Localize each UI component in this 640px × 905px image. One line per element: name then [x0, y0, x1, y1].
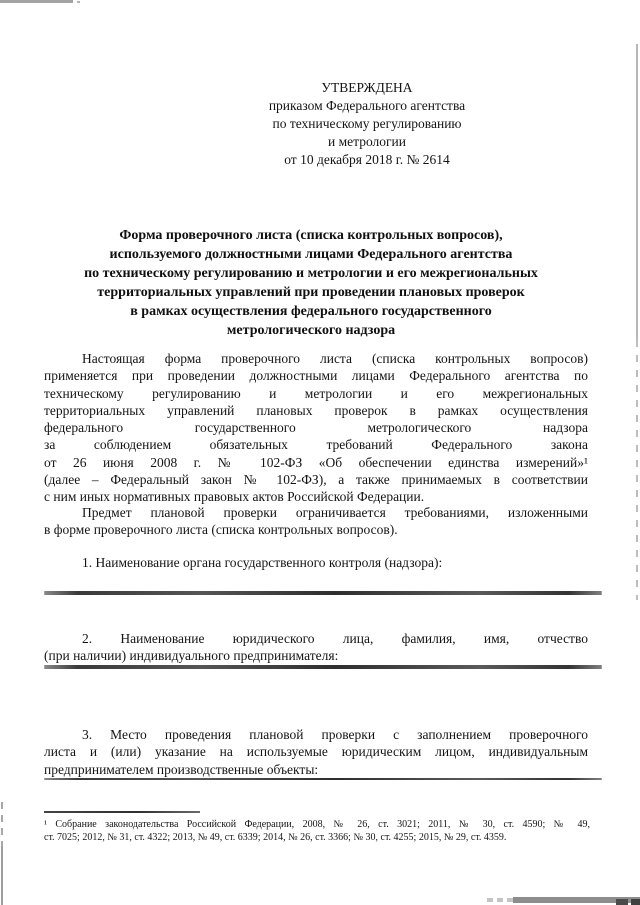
- intro-paragraph: Настоящая форма проверочного листа (спис…: [44, 350, 588, 506]
- scan-artifact-top-dot: [77, 1, 80, 3]
- section-label-line: 2. Наименование юридического лица, фамил…: [44, 630, 588, 647]
- fill-line: [44, 593, 602, 595]
- fill-line: [44, 667, 602, 669]
- scan-artifact-right-edge-dashes: [636, 340, 638, 600]
- section-3-inspection-place: 3. Место проведения плановой проверки с …: [44, 726, 588, 780]
- approval-line: от 10 декабря 2018 г. № 2614: [261, 151, 473, 169]
- section-2-legal-entity-name: 2. Наименование юридического лица, фамил…: [44, 630, 588, 669]
- paragraph-line: от 26 июня 2008 г. № 102-ФЗ «Об обеспече…: [44, 454, 588, 471]
- section-1-control-body-name: 1. Наименование органа государственного …: [44, 554, 588, 595]
- approval-stamp-block: УТВЕРЖДЕНА приказом Федерального агентст…: [261, 79, 473, 169]
- paragraph-line: Предмет плановой проверки ограничивается…: [44, 504, 588, 521]
- subject-paragraph: Предмет плановой проверки ограничивается…: [44, 504, 588, 539]
- paragraph-line: в форме проверочного листа (списка контр…: [44, 521, 588, 538]
- title-line: Форма проверочного листа (списка контрол…: [44, 226, 578, 245]
- title-line: территориальных управлений при проведени…: [44, 283, 578, 302]
- scan-artifact-left-edge-line: [1, 846, 3, 905]
- approval-line: приказом Федерального агентства: [261, 97, 473, 115]
- title-line: по техническому регулированию и метролог…: [44, 264, 578, 283]
- footnote-line: ст. 7025; 2012, № 31, ст. 4322; 2013, № …: [44, 831, 590, 844]
- footnote-line: ¹ Собрание законодательства Российской Ф…: [44, 818, 590, 831]
- scan-artifact-left-edge-dashes: [1, 802, 3, 846]
- paragraph-line: Настоящая форма проверочного листа (спис…: [44, 350, 588, 367]
- approval-line: УТВЕРЖДЕНА: [261, 79, 473, 97]
- section-label-line: 3. Место проведения плановой проверки с …: [44, 726, 588, 743]
- scan-artifact-bottom-dark-segment: [616, 899, 628, 905]
- section-label-line: листа и (или) указание на используемые ю…: [44, 743, 588, 760]
- fill-line: [44, 778, 602, 780]
- title-line: метрологического надзора: [44, 321, 578, 340]
- scan-artifact-right-edge-line: [636, 44, 638, 340]
- approval-line: и метрологии: [261, 133, 473, 151]
- paragraph-line: федерального государственного метрологич…: [44, 419, 588, 436]
- footnote-separator: [44, 811, 200, 813]
- paragraph-line: за соблюдением обязательных требований Ф…: [44, 436, 588, 453]
- section-label-line: (при наличии) индивидуального предприним…: [44, 647, 588, 664]
- section-label: 1. Наименование органа государственного …: [44, 554, 588, 571]
- paragraph-line: территориальных управлений плановых пров…: [44, 402, 588, 419]
- document-title: Форма проверочного листа (списка контрол…: [44, 226, 578, 340]
- title-line: в рамках осуществления федерального госу…: [44, 302, 578, 321]
- scan-artifact-bottom-dark-segment: [631, 899, 640, 905]
- section-label-line: предпринимателем производственные объект…: [44, 761, 588, 778]
- title-line: используемого должностными лицами Федера…: [44, 245, 578, 264]
- paragraph-line: техническому регулированию и метрологии …: [44, 385, 588, 402]
- paragraph-line: (далее – Федеральный закон № 102-ФЗ), а …: [44, 471, 588, 488]
- scan-artifact-bottom-dashes: [487, 898, 513, 902]
- scanned-document-page: УТВЕРЖДЕНА приказом Федерального агентст…: [0, 0, 640, 905]
- scan-artifact-top-bar: [0, 0, 73, 3]
- paragraph-line: применяется при проведении должностными …: [44, 367, 588, 384]
- approval-line: по техническому регулированию: [261, 115, 473, 133]
- footnote: ¹ Собрание законодательства Российской Ф…: [44, 818, 590, 844]
